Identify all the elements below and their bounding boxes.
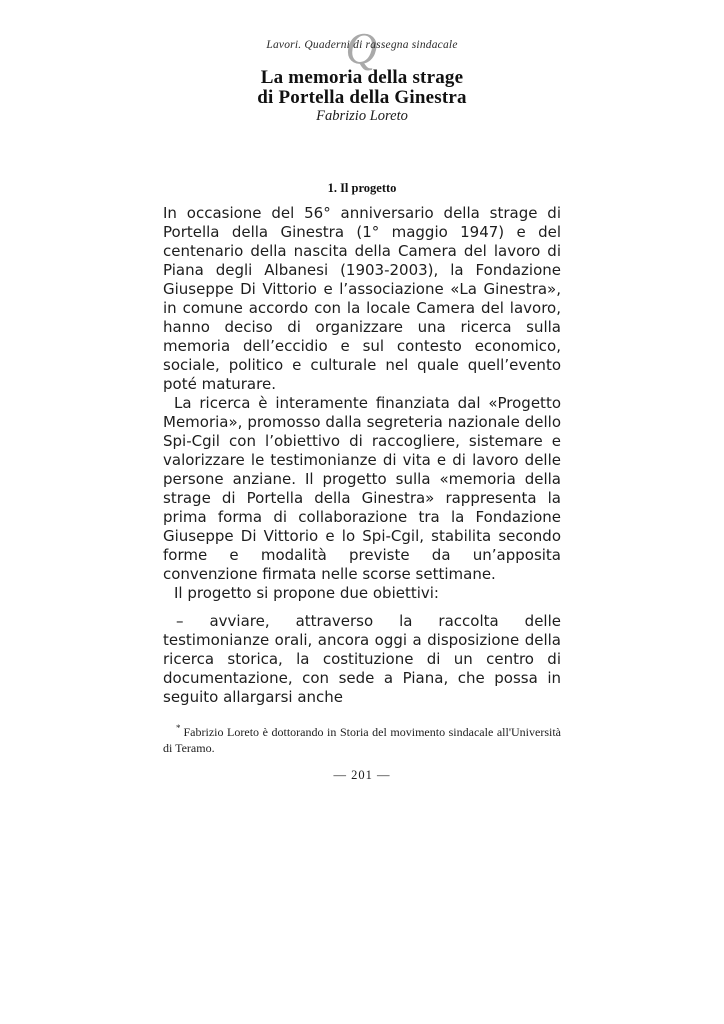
journal-masthead: Q Lavori. Quaderni di rassegna sindacale: [163, 30, 561, 68]
article-author: Fabrizio Loreto: [163, 108, 561, 125]
footnote-text: Fabrizio Loreto è dottorando in Storia d…: [163, 725, 561, 755]
page-number: — 201 —: [163, 768, 561, 783]
section-heading: 1. Il progetto: [163, 181, 561, 196]
footnote-asterisk-marker: *: [176, 723, 181, 733]
article-body: In occasione del 56° anniversario della …: [163, 204, 561, 707]
body-paragraph-4-list-item: – avviare, attraverso la raccolta delle …: [163, 612, 561, 707]
body-paragraph-2: La ricerca è interamente finanziata dal …: [163, 394, 561, 584]
journal-name: Lavori. Quaderni di rassegna sindacale: [163, 30, 561, 51]
body-paragraph-1: In occasione del 56° anniversario della …: [163, 204, 561, 394]
footnote: *Fabrizio Loreto è dottorando in Storia …: [163, 725, 561, 756]
article-title: La memoria della strage di Portella dell…: [163, 68, 561, 108]
article-title-line-2: di Portella della Ginestra: [257, 87, 466, 108]
text-column: Q Lavori. Quaderni di rassegna sindacale…: [163, 0, 561, 783]
body-paragraph-3: Il progetto si propone due obiettivi:: [163, 584, 561, 603]
document-page: Q Lavori. Quaderni di rassegna sindacale…: [0, 0, 724, 1024]
